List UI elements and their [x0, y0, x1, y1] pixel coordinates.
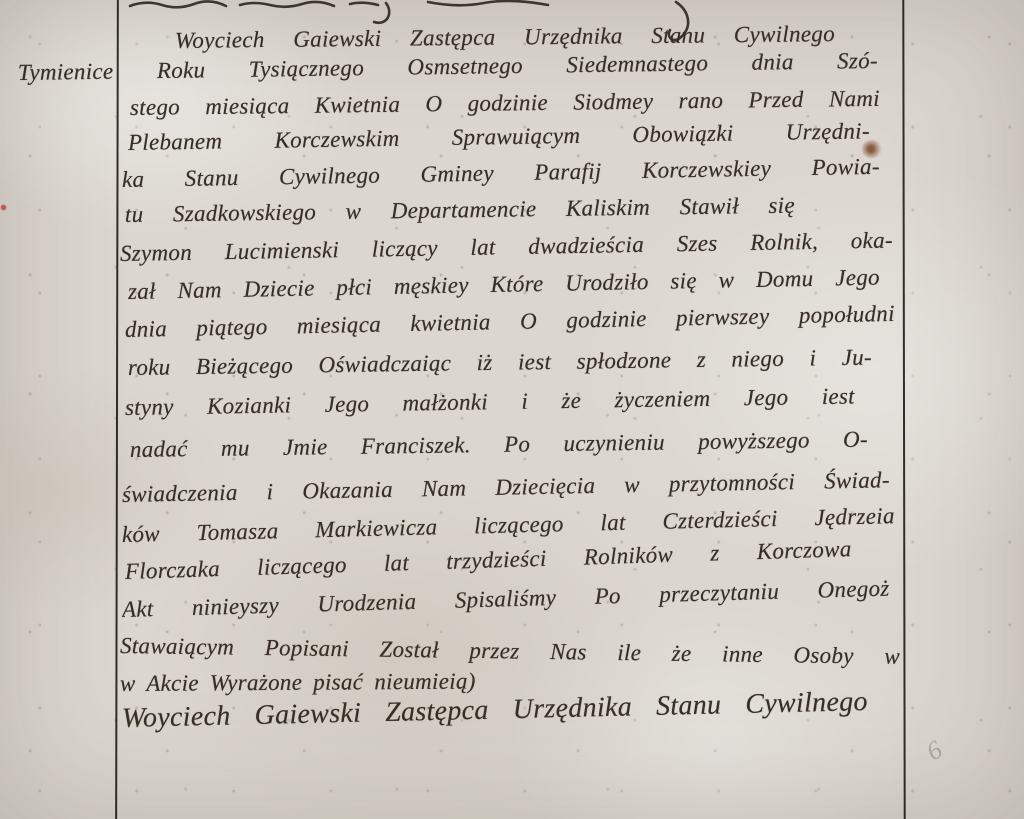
- handwritten-line: roku Bieżącego Oświadczaiąc iż iest spło…: [128, 345, 872, 387]
- document-scan-page: Woyciech Gaiewski Zastępca Urzędnika Sta…: [0, 0, 1024, 819]
- right-margin-rule: [902, 0, 905, 819]
- faint-page-number: 6: [921, 735, 947, 767]
- handwritten-line: tu Szadkowskiego w Departamencie Kaliski…: [125, 193, 795, 234]
- handwritten-line: nadać mu Jmie Franciszek. Po uczynieniu …: [130, 427, 868, 469]
- handwritten-line: styny Kozianki Jego małżonki i że życzen…: [125, 384, 855, 427]
- handwritten-line: w Akcie Wyrażone pisać nieumieią): [120, 669, 476, 697]
- red-paper-speck: [0, 204, 7, 211]
- left-margin-rule: [115, 0, 119, 819]
- handwritten-line: Tymienice Roku Tysiącznego Osmsetnego Si…: [18, 48, 878, 92]
